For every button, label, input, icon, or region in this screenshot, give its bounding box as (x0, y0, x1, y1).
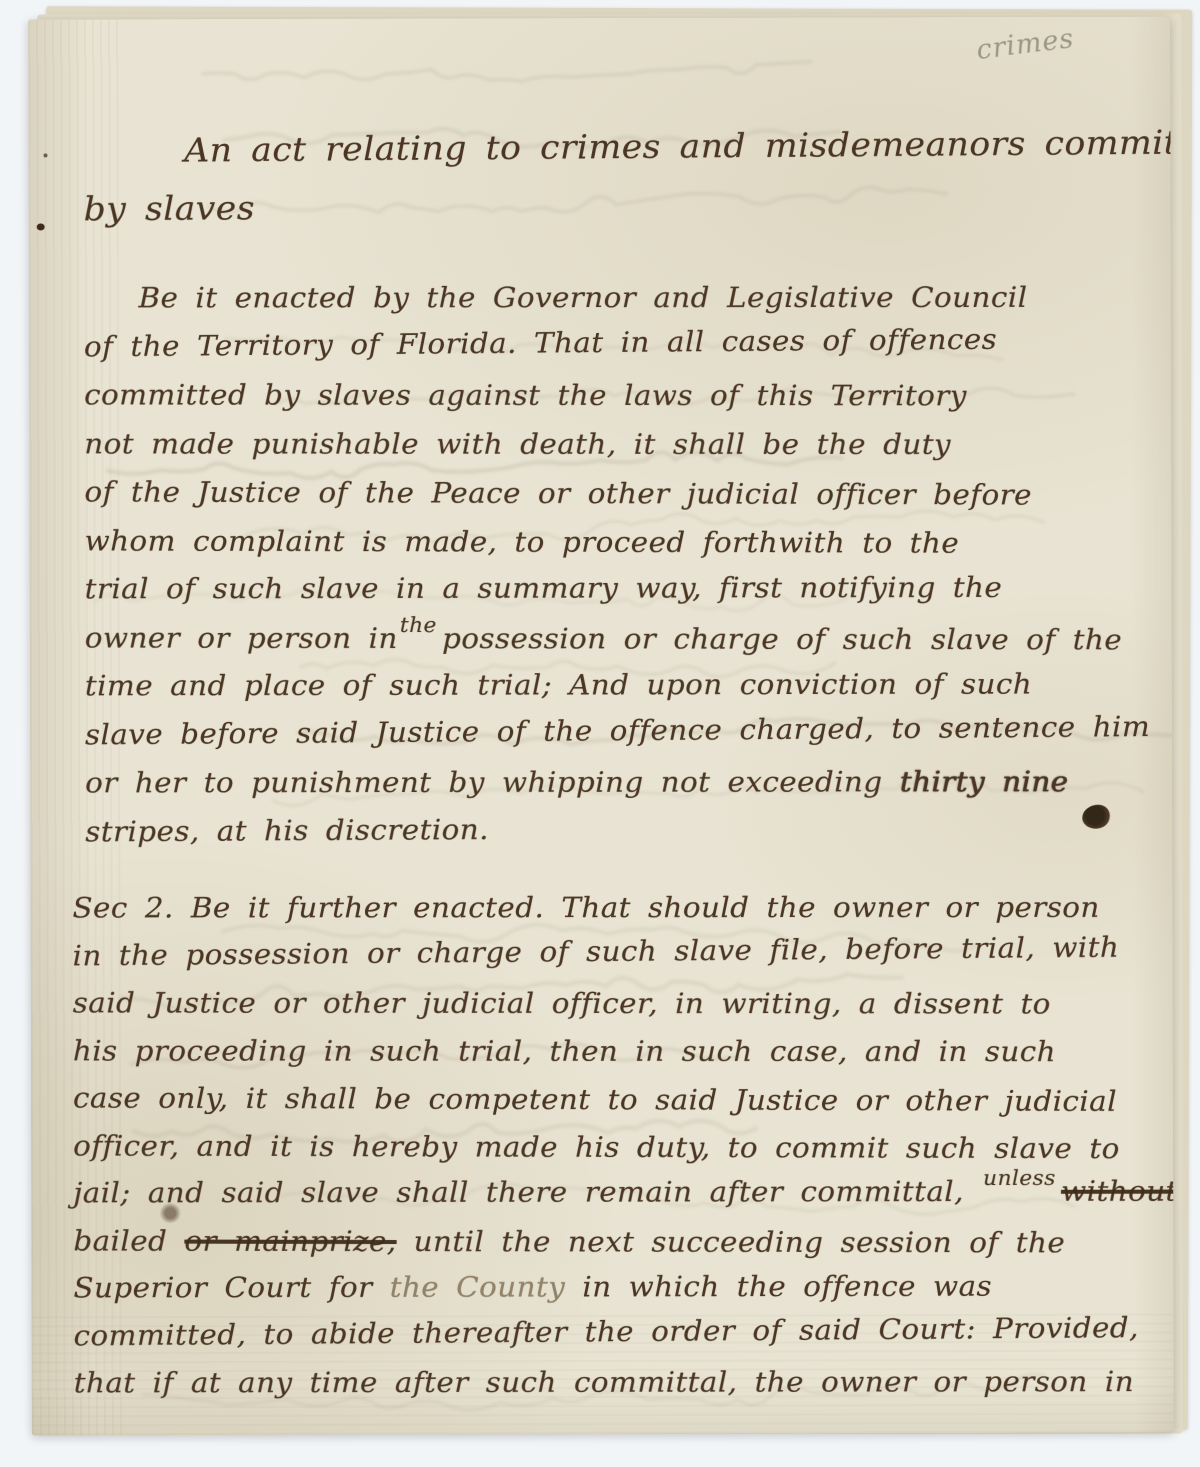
manuscript-line: of the Territory of Florida. That in all… (84, 320, 1174, 378)
manuscript-line: that if at any time after such committal… (74, 1365, 1174, 1414)
pencil-annotation: crimes (975, 23, 1076, 66)
manuscript-line: jail; and said slave shall there remain … (73, 1175, 1174, 1224)
manuscript-line: An act relating to crimes and misdemeano… (83, 122, 1174, 189)
manuscript-line: stripes, at his discretion. (85, 808, 1174, 863)
manuscript-line: whom complaint is made, to proceed forth… (84, 524, 1173, 575)
manuscript-line: case only, it shall be competent to said… (73, 1081, 1174, 1132)
manuscript-line: trial of such slave in a summary way, fi… (85, 571, 1174, 621)
manuscript-line: owner or person inthepossession or charg… (85, 621, 1174, 672)
manuscript-line: said Justice or other judicial officer, … (73, 986, 1174, 1035)
manuscript-line: not made punishable with death, it shall… (84, 427, 1174, 476)
manuscript-line: by slaves (83, 182, 1173, 248)
manuscript-line: or her to punishment by whipping not exc… (85, 765, 1174, 815)
ink-dot (37, 223, 45, 230)
manuscript-page: crimes An act relating to crimes and mis… (28, 17, 1174, 1436)
manuscript-line: committed, to abide thereafter the order… (73, 1310, 1173, 1366)
manuscript-line: committed by slaves against the laws of … (84, 378, 1174, 428)
manuscript-line: of the Justice of the Peace or other jud… (84, 475, 1174, 527)
manuscript-line: bailed or mainprize, until the next succ… (73, 1224, 1174, 1274)
manuscript-line: his proceeding in such trial, then in su… (73, 1034, 1174, 1082)
section-1-text: Be it enacted by the Governor and Legisl… (84, 279, 1155, 864)
document-title: An act relating to crimes and misdemeano… (83, 129, 1152, 248)
photo-background: crimes An act relating to crimes and mis… (0, 0, 1200, 1467)
manuscript-line: in the possession or charge of such slav… (72, 929, 1173, 986)
ink-dot-small (43, 153, 47, 157)
manuscript-line: slave before said Justice of the offence… (85, 709, 1174, 766)
section-2-text: Sec 2. Be it further enacted. That shoul… (72, 889, 1155, 1414)
